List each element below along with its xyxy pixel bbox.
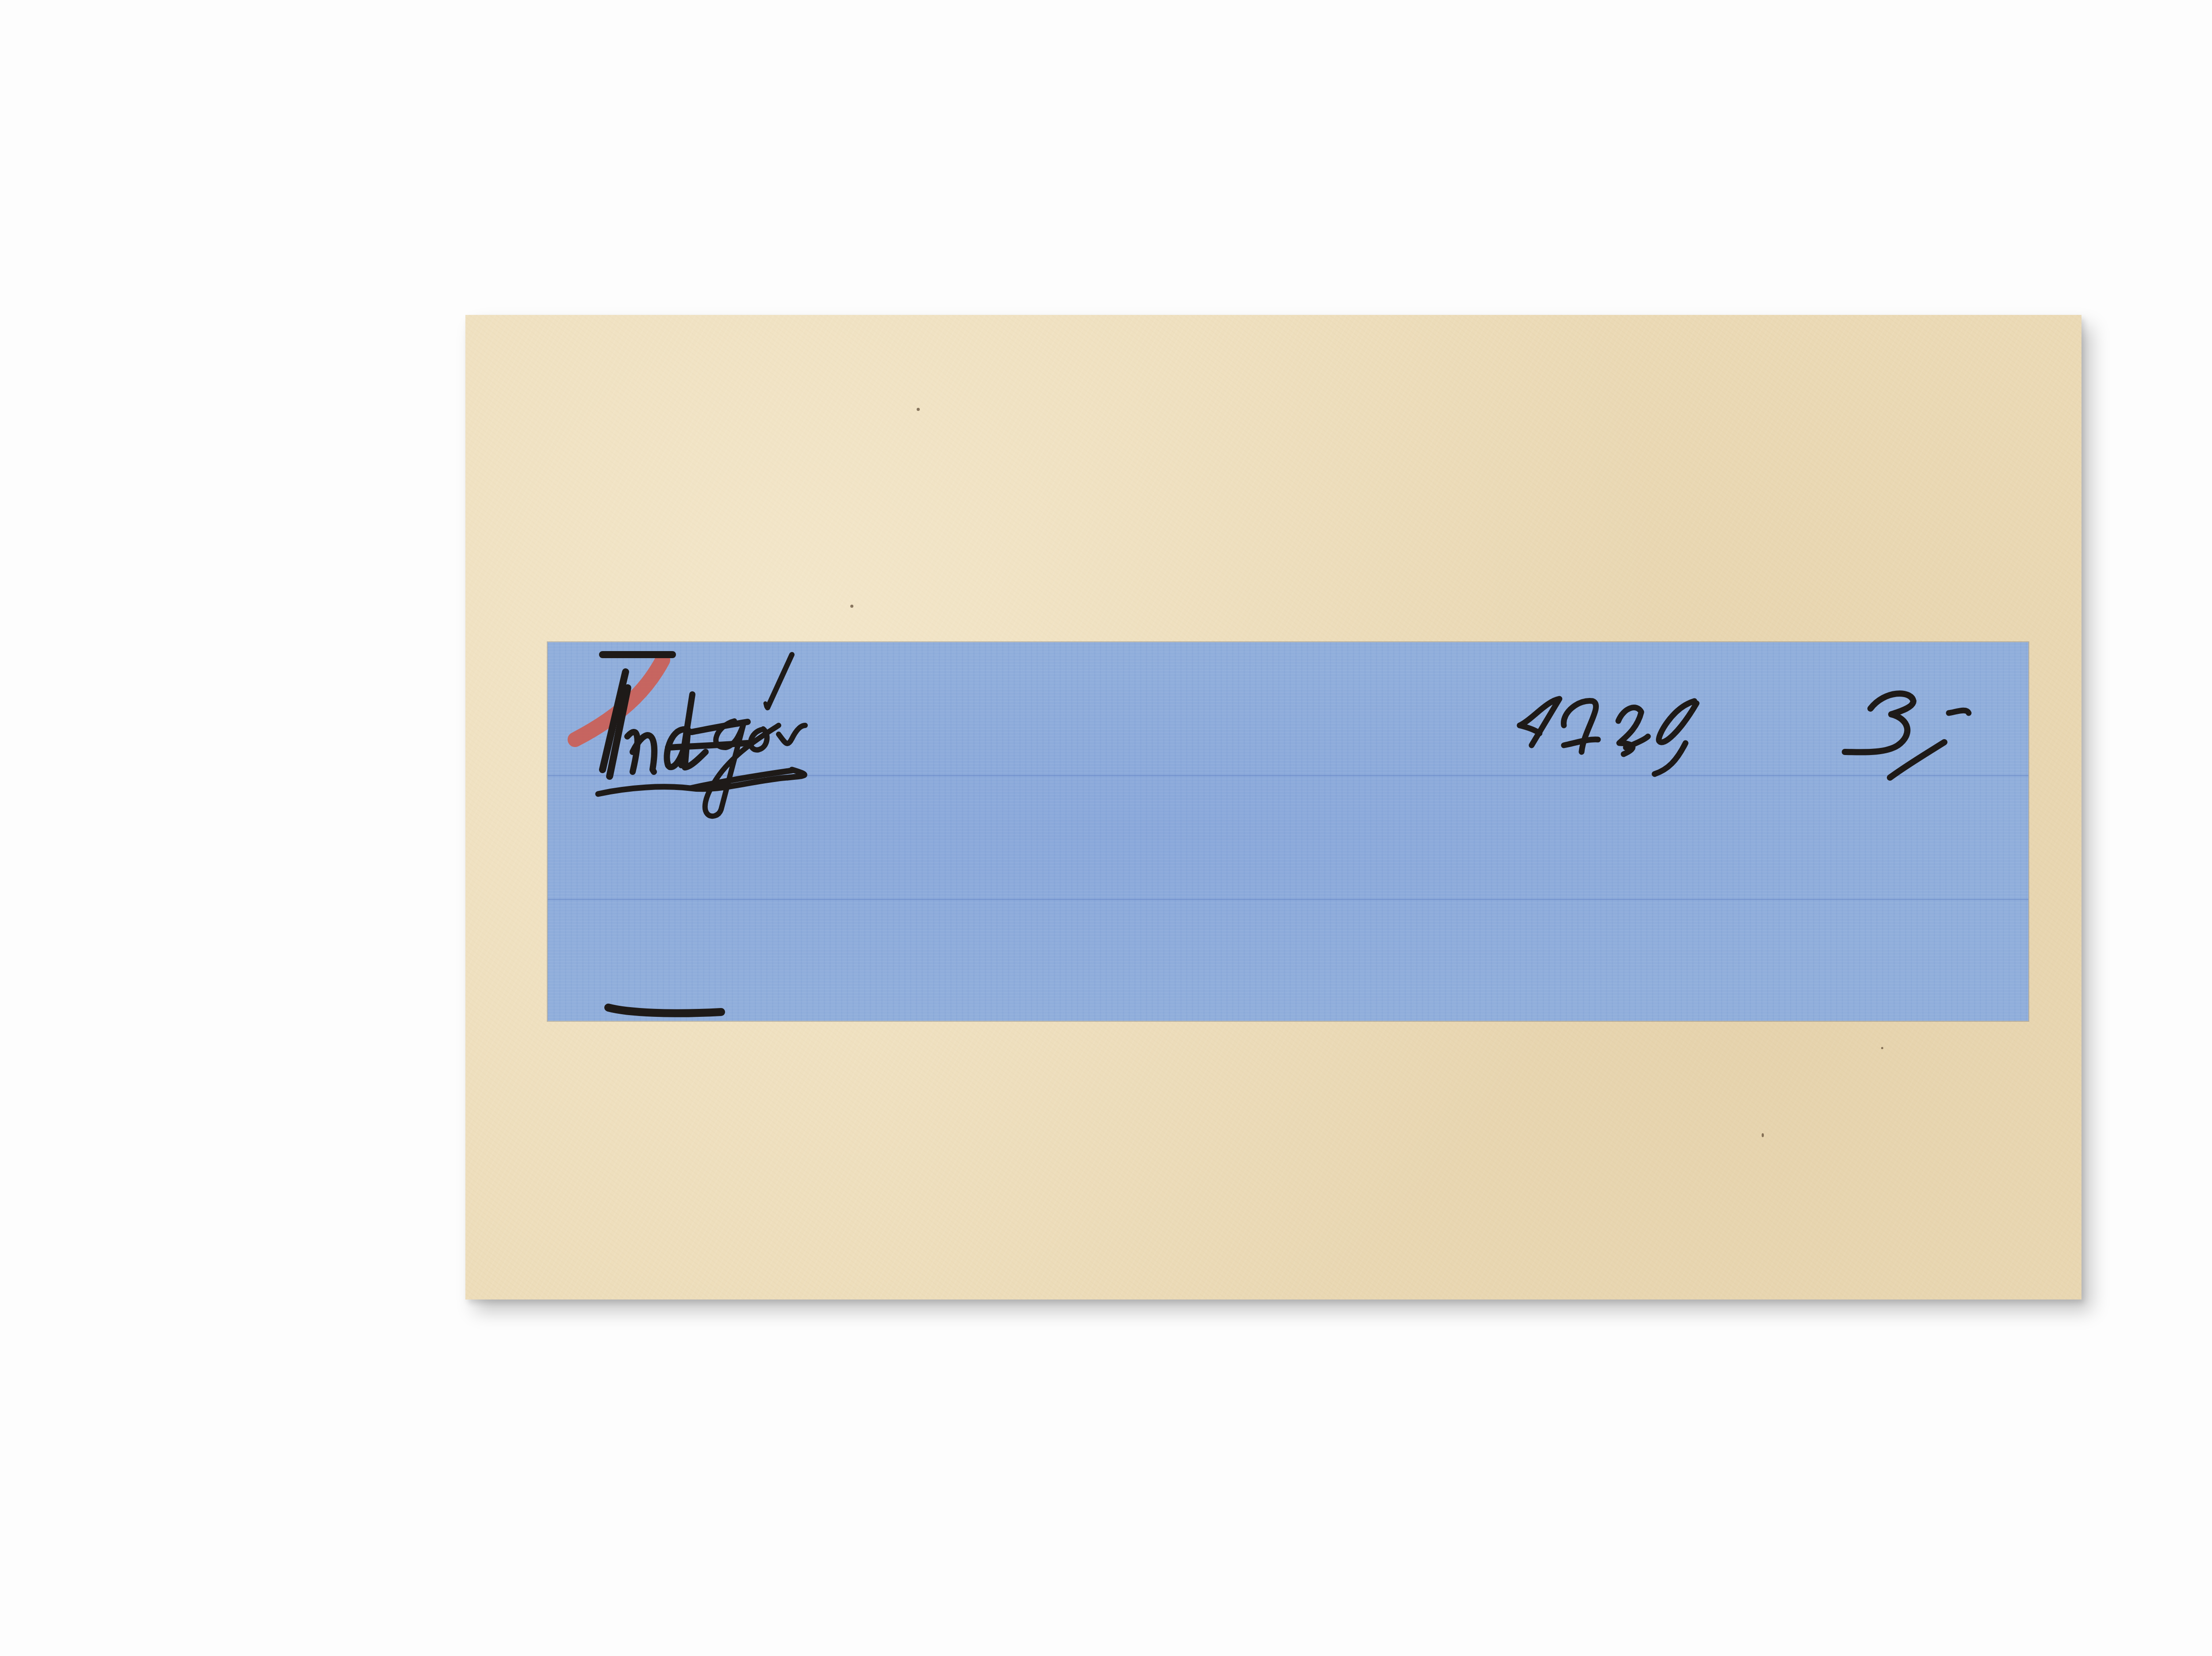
handwritten-name bbox=[598, 655, 805, 816]
handwritten-number bbox=[1520, 694, 1969, 778]
bottom-edge-ink-mark bbox=[608, 1008, 721, 1013]
photo-stage: Ilna ±goi 1220,3; bbox=[0, 0, 2212, 1656]
handwriting-layer bbox=[0, 0, 2212, 1656]
